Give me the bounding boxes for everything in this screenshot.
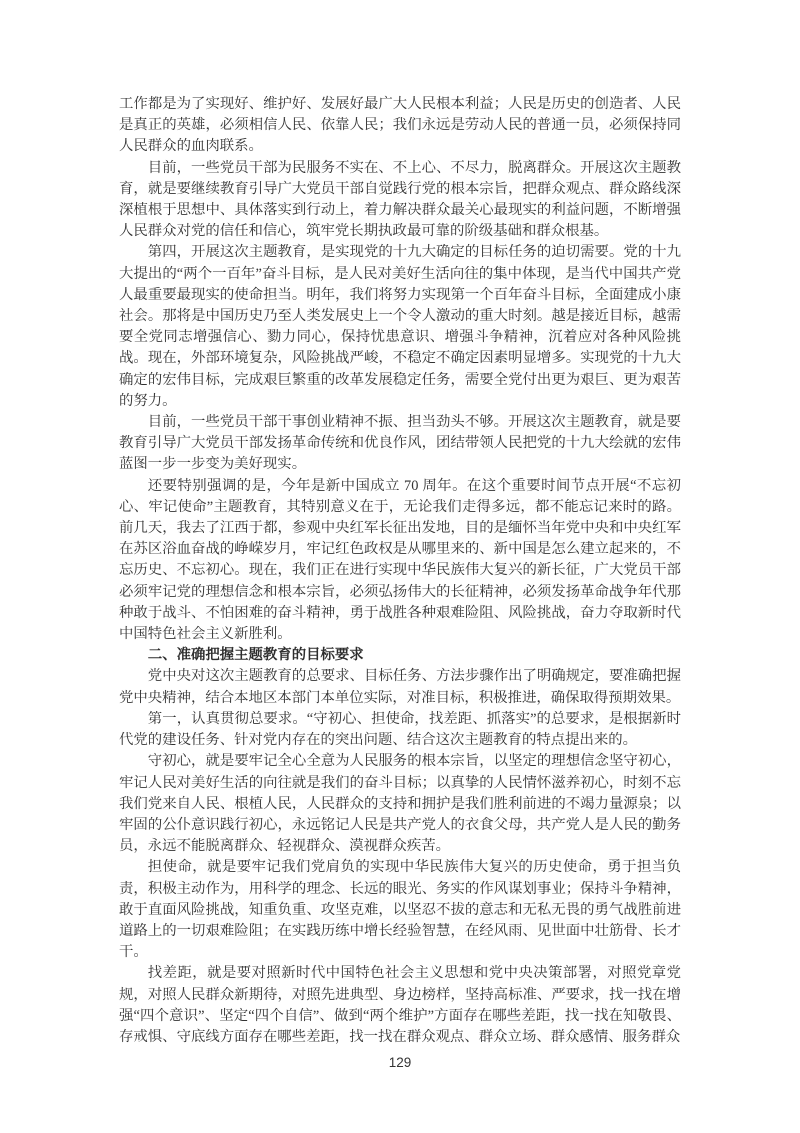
paragraph: 担使命，就是要牢记我们党肩负的实现中华民族伟大复兴的历史使命，勇于担当负责，积极… [119, 857, 681, 963]
page-footer: 129 [0, 1054, 800, 1072]
page-number: 129 [389, 1055, 412, 1070]
paragraph: 目前，一些党员干部为民服务不实在、不上心、不尽力，脱离群众。开展这次主题教育，就… [119, 158, 681, 243]
document-body: 工作都是为了实现好、维护好、发展好最广大人民根本利益；人民是历史的创造者、人民是… [119, 94, 681, 1048]
paragraph: 找差距，就是要对照新时代中国特色社会主义思想和党中央决策部署，对照党章党规，对照… [119, 963, 681, 1048]
paragraph: 党中央对这次主题教育的总要求、目标任务、方法步骤作出了明确规定，要准确把握党中央… [119, 666, 681, 708]
section-heading: 二、准确把握主题教育的目标要求 [119, 645, 681, 666]
paragraph: 还要特别强调的是，今年是新中国成立 70 周年。在这个重要时间节点开展“不忘初心… [119, 476, 681, 646]
paragraph: 守初心，就是要牢记全心全意为人民服务的根本宗旨，以坚定的理想信念坚守初心，牢记人… [119, 751, 681, 857]
paragraph: 第一，认真贯彻总要求。“守初心、担使命，找差距、抓落实”的总要求，是根据新时代党… [119, 709, 681, 751]
paragraph: 目前，一些党员干部干事创业精神不振、担当劲头不够。开展这次主题教育，就是要教育引… [119, 412, 681, 476]
document-page: 工作都是为了实现好、维护好、发展好最广大人民根本利益；人民是历史的创造者、人民是… [0, 0, 800, 1133]
paragraph: 第四，开展这次主题教育，是实现党的十九大确定的目标任务的迫切需要。党的十九大提出… [119, 242, 681, 412]
paragraph: 工作都是为了实现好、维护好、发展好最广大人民根本利益；人民是历史的创造者、人民是… [119, 94, 681, 158]
